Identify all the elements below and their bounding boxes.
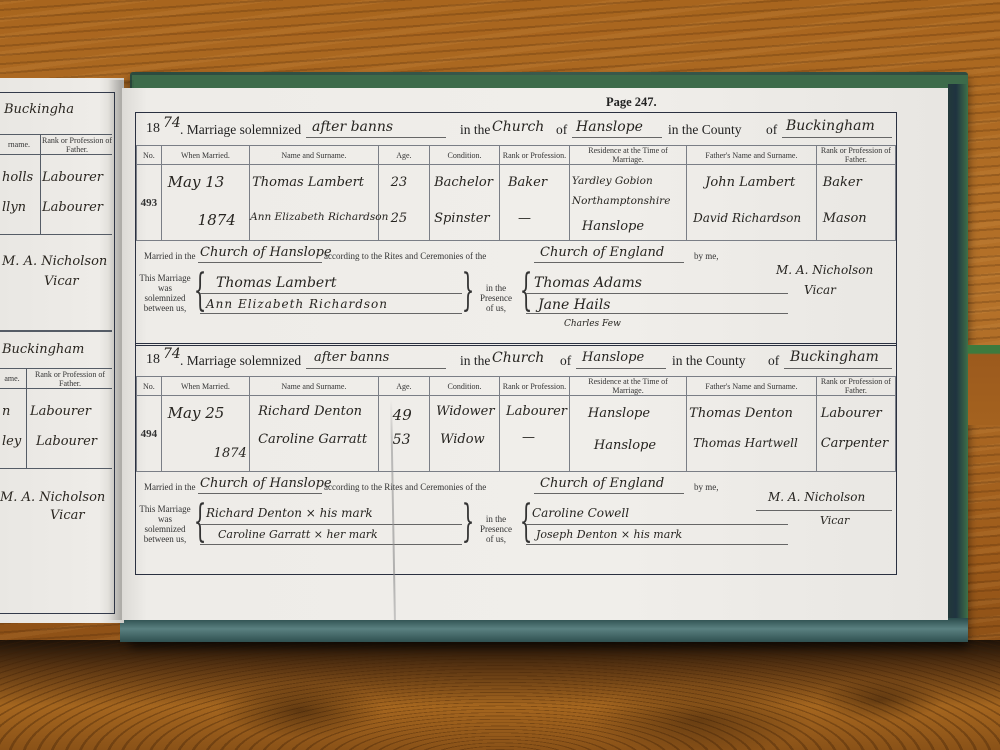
signature-block: This Marriage was solemnized between us,…	[136, 502, 896, 572]
rank-cell: Baker —	[500, 165, 570, 241]
rites-value: Church of England	[540, 245, 664, 260]
solemnized-label: . Marriage solemnized	[180, 353, 301, 369]
rank-cell: Labourer —	[500, 396, 570, 472]
rites-label: according to the Rites and Ceremonies of…	[324, 482, 486, 492]
officiant-title: Vicar	[820, 514, 849, 527]
father-rank-cell: Labourer Carpenter	[816, 396, 895, 472]
groom-rank: Baker	[508, 175, 547, 190]
bride-father-rank: Mason	[823, 211, 867, 226]
entry-table: No. When Married. Name and Surname. Age.…	[136, 145, 896, 241]
left-officiant-top: M. A. Nicholson	[2, 254, 107, 269]
bride-name: Caroline Garratt	[258, 432, 367, 447]
married-in-label: Married in the	[144, 482, 195, 492]
left-officiant-title-top: Vicar	[44, 274, 79, 289]
by-me-label: by me,	[694, 482, 719, 492]
when-married-cell: May 13 1874	[161, 165, 249, 241]
register-page: Page 247. 18 74 . Marriage solemnized af…	[122, 88, 948, 620]
solemnized-how: after banns	[312, 119, 393, 135]
father-cell: John Lambert David Richardson	[687, 165, 817, 241]
entry-number: 494	[137, 396, 162, 472]
col-header: When Married.	[161, 377, 249, 396]
groom-condition: Widower	[436, 404, 494, 419]
groom-residence: Yardley Gobion Northamptonshire	[572, 171, 682, 211]
married-in-label: Married in the	[144, 251, 195, 261]
groom-signature: Richard Denton × his mark	[206, 506, 373, 520]
bride-residence: Hanslope	[594, 438, 656, 453]
of-label: of	[560, 353, 571, 369]
col-header: Rank or Profession.	[500, 146, 570, 165]
col-header: Rank or Profession of Father.	[816, 146, 895, 165]
col-header: Rank or Profession of Father.	[816, 377, 895, 396]
col-header: When Married.	[161, 146, 249, 165]
left-father-rank-3: Labourer	[30, 404, 91, 419]
bride-age: 25	[391, 211, 408, 226]
witness-2: Joseph Denton × his mark	[536, 528, 682, 541]
groom-age: 49	[393, 406, 412, 424]
left-surname-4: ley	[2, 434, 21, 449]
bride-father: Thomas Hartwell	[693, 436, 798, 450]
groom-condition: Bachelor	[434, 175, 493, 190]
witness-3: Charles Few	[564, 319, 621, 329]
groom-rank: Labourer	[506, 404, 567, 419]
groom-signature: Thomas Lambert	[216, 275, 337, 291]
name-cell: Richard Denton Caroline Garratt	[250, 396, 379, 472]
residence-cell: Hanslope Hanslope	[569, 396, 686, 472]
left-header-father-rank: Rank or Profession of Father.	[42, 136, 112, 154]
page-number: Page 247.	[606, 95, 657, 110]
year-prefix: 18	[146, 121, 160, 137]
groom-father-rank: Labourer	[821, 406, 882, 421]
left-officiant-bottom: M. A. Nicholson	[0, 490, 105, 505]
married-year: 1874	[198, 211, 236, 229]
parish: Hanslope	[582, 350, 644, 365]
left-header-father-rank-2: Rank or Profession of Father.	[28, 370, 112, 388]
married-in-value: Church of Hanslope	[200, 476, 332, 491]
bride-signature: Caroline Garratt × her mark	[218, 528, 378, 541]
county: Buckingham	[790, 349, 879, 365]
county: Buckingham	[786, 118, 875, 134]
marriage-entry-493: 18 74 . Marriage solemnized after banns …	[135, 112, 897, 346]
age-cell: 23 25	[378, 165, 429, 241]
married-year: 1874	[214, 446, 247, 461]
residence-cell: Yardley Gobion Northamptonshire Hanslope	[569, 165, 686, 241]
parish: Hanslope	[576, 119, 643, 135]
entry-title-line: 18 74 . Marriage solemnized after banns …	[136, 344, 896, 374]
between-label: This Marriage was solemnized between us,	[138, 504, 192, 544]
left-officiant-title-bottom: Vicar	[50, 508, 85, 523]
bride-signature: Ann Elizabeth Richardson	[206, 297, 388, 311]
left-surname-3: n	[2, 404, 10, 419]
age-cell: 49 53	[378, 396, 429, 472]
bride-father: David Richardson	[693, 211, 801, 225]
marriage-entry-494: 18 74 . Marriage solemnized after banns …	[135, 343, 897, 575]
bride-father-rank: Carpenter	[821, 436, 888, 451]
witness-1: Caroline Cowell	[532, 506, 629, 520]
entry-number: 493	[137, 165, 162, 241]
rites-value: Church of England	[540, 476, 664, 491]
col-header: No.	[137, 377, 162, 396]
table-header-row: No. When Married. Name and Surname. Age.…	[137, 146, 896, 165]
of-label: of	[556, 122, 567, 138]
rites-label: according to the Rites and Ceremonies of…	[324, 251, 486, 261]
year-prefix: 18	[146, 352, 160, 368]
table-row: 493 May 13 1874 Thomas Lambert Ann Eliza…	[137, 165, 896, 241]
col-header: Condition.	[430, 377, 500, 396]
name-cell: Thomas Lambert Ann Elizabeth Richardson	[250, 165, 379, 241]
officiant-signature: M. A. Nicholson	[776, 263, 873, 277]
county-of-label: of	[768, 353, 779, 369]
witness-2: Jane Hails	[538, 297, 610, 313]
table-row: 494 May 25 1874 Richard Denton Caroline …	[137, 396, 896, 472]
witness-1: Thomas Adams	[534, 275, 642, 291]
year-suffix: 74	[163, 115, 181, 131]
table-header-row: No. When Married. Name and Surname. Age.…	[137, 377, 896, 396]
entry-table: No. When Married. Name and Surname. Age.…	[136, 376, 896, 472]
place-type: Church	[492, 119, 544, 135]
in-the-label: in the	[460, 353, 490, 369]
book-binding-edge	[120, 618, 968, 642]
left-page: Buckingha rname. Rank or Profession of F…	[0, 78, 124, 623]
col-header: Name and Surname.	[250, 377, 379, 396]
married-in-line: Married in the Church of Hanslope accord…	[136, 245, 896, 265]
groom-father: Thomas Denton	[689, 406, 793, 421]
county-label: in the County	[668, 122, 742, 138]
col-header: Residence at the Time of Marriage.	[569, 377, 686, 396]
wood-table-surface	[0, 640, 1000, 750]
bride-residence: Hanslope	[582, 219, 644, 234]
left-father-rank-2: Labourer	[42, 200, 103, 215]
col-header: Condition.	[430, 146, 500, 165]
col-header: No.	[137, 146, 162, 165]
bride-condition: Widow	[440, 432, 485, 447]
left-header-surname-2: ame.	[0, 374, 24, 383]
bride-rank: —	[518, 211, 531, 226]
county-of-label: of	[766, 122, 777, 138]
bride-name: Ann Elizabeth Richardson	[250, 211, 388, 223]
book-cover-edge	[948, 84, 968, 640]
county-label: in the County	[672, 353, 746, 369]
officiant-signature: M. A. Nicholson	[768, 490, 865, 504]
col-header: Residence at the Time of Marriage.	[569, 146, 686, 165]
bookmark-tab	[968, 345, 1000, 425]
condition-cell: Widower Widow	[430, 396, 500, 472]
left-surname-1: holls	[2, 170, 33, 185]
col-header: Name and Surname.	[250, 146, 379, 165]
groom-father-rank: Baker	[823, 175, 862, 190]
left-father-rank-4: Labourer	[36, 434, 97, 449]
solemnized-label: . Marriage solemnized	[180, 122, 301, 138]
col-header: Age.	[378, 146, 429, 165]
entry-title-line: 18 74 . Marriage solemnized after banns …	[136, 113, 896, 143]
left-father-rank-1: Labourer	[42, 170, 103, 185]
officiant-title: Vicar	[804, 283, 836, 297]
bride-rank: —	[522, 430, 535, 445]
solemnized-how: after banns	[314, 350, 389, 365]
between-label: This Marriage was solemnized between us,	[138, 273, 192, 313]
groom-father: John Lambert	[705, 175, 795, 190]
year-suffix: 74	[163, 346, 181, 362]
col-header: Age.	[378, 377, 429, 396]
left-county-top: Buckingha	[4, 102, 74, 117]
signature-block: This Marriage was solemnized between us,…	[136, 271, 896, 341]
bride-age: 53	[393, 432, 411, 448]
left-county-bottom: Buckingham	[2, 342, 84, 357]
in-the-label: in the	[460, 122, 490, 138]
groom-residence: Hanslope	[588, 406, 650, 421]
groom-name: Richard Denton	[258, 404, 362, 419]
married-in-value: Church of Hanslope	[200, 245, 332, 260]
col-header: Father's Name and Surname.	[687, 146, 817, 165]
col-header: Rank or Profession.	[500, 377, 570, 396]
married-date: May 25	[168, 404, 225, 422]
left-header-surname: rname.	[0, 140, 38, 149]
col-header: Father's Name and Surname.	[687, 377, 817, 396]
place-type: Church	[492, 350, 544, 366]
father-cell: Thomas Denton Thomas Hartwell	[687, 396, 817, 472]
presence-label: in the Presence of us,	[478, 283, 514, 313]
condition-cell: Bachelor Spinster	[430, 165, 500, 241]
father-rank-cell: Baker Mason	[816, 165, 895, 241]
when-married-cell: May 25 1874	[161, 396, 249, 472]
presence-label: in the Presence of us,	[478, 514, 514, 544]
by-me-label: by me,	[694, 251, 719, 261]
left-surname-2: llyn	[2, 200, 26, 215]
bride-condition: Spinster	[434, 211, 490, 226]
groom-age: 23	[391, 175, 408, 190]
groom-name: Thomas Lambert	[252, 175, 364, 190]
married-date: May 13	[168, 173, 225, 191]
